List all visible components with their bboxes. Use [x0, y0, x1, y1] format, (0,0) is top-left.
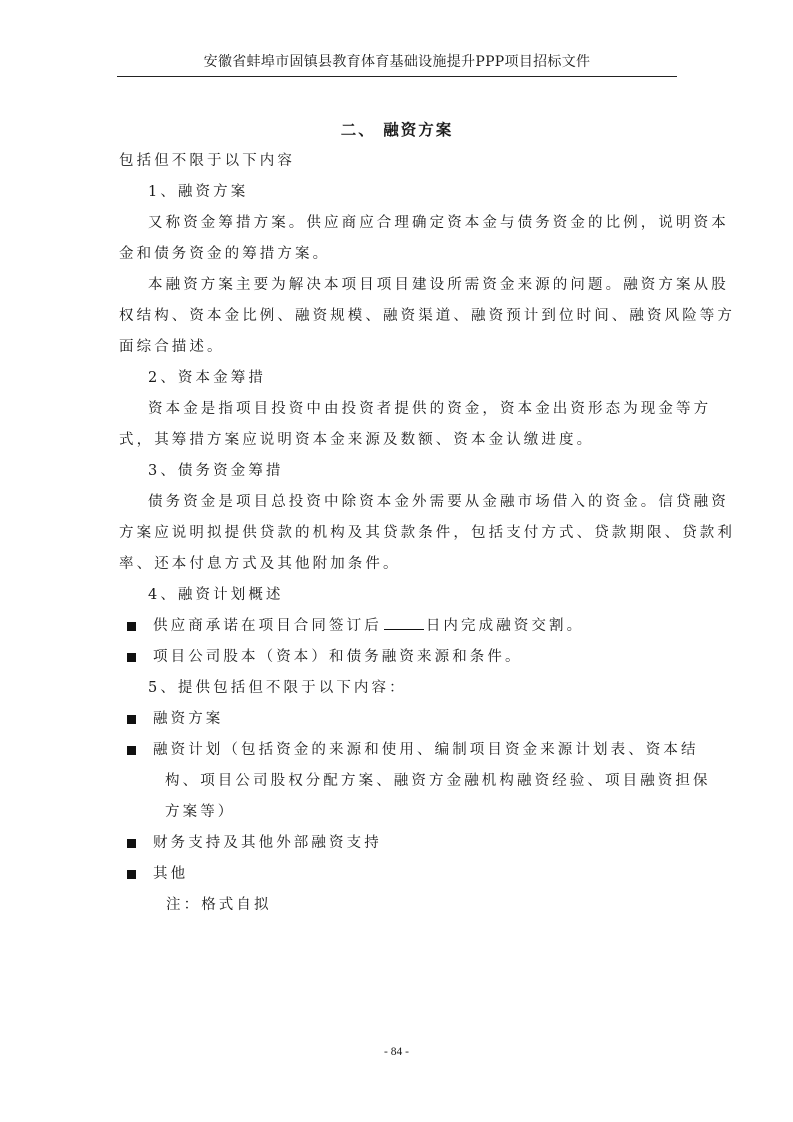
- list-item-text: 融资计划（包括资金的来源和使用、编制项目资金来源计划表、资本结: [153, 735, 699, 766]
- paragraph-text: 金和债务资金的筹措方案。: [119, 239, 675, 270]
- list-item: 供应商承诺在项目合同签订后日内完成融资交割。: [119, 611, 675, 642]
- list-item: 财务支持及其他外部融资支持: [119, 828, 675, 859]
- list-item-text: 供应商承诺在项目合同签订后日内完成融资交割。: [153, 611, 584, 642]
- section-title: 二、 融资方案: [117, 118, 677, 140]
- list-item-continuation: 构、项目公司股权分配方案、融资方金融机构融资经验、项目融资担保: [119, 766, 675, 797]
- note-text: 注：格式自拟: [119, 890, 675, 921]
- heading-required-contents: 5、提供包括但不限于以下内容：: [119, 673, 675, 704]
- list-item: 融资方案: [119, 704, 675, 735]
- list-item-text: 融资方案: [153, 704, 223, 735]
- list-item: 其他: [119, 859, 675, 890]
- square-bullet-icon: [127, 653, 136, 662]
- heading-capital-funding: 2、资本金筹措: [119, 363, 675, 394]
- paragraph-text: 资本金是指项目投资中由投资者提供的资金，资本金出资形态为现金等方: [119, 394, 675, 425]
- square-bullet-icon: [127, 746, 136, 755]
- paragraph-text: 式，其筹措方案应说明资本金来源及数额、资本金认缴进度。: [119, 425, 675, 456]
- square-bullet-icon: [127, 715, 136, 724]
- intro-text: 包括但不限于以下内容: [119, 146, 675, 177]
- document-header: 安徽省蚌埠市固镇县教育体育基础设施提升PPP项目招标文件: [117, 52, 677, 77]
- paragraph-text: 又称资金筹措方案。供应商应合理确定资本金与债务资金的比例，说明资本: [119, 208, 675, 239]
- list-item: 项目公司股本（资本）和债务融资来源和条件。: [119, 642, 675, 673]
- paragraph-text: 权结构、资本金比例、融资规模、融资渠道、融资预计到位时间、融资风险等方: [119, 301, 675, 332]
- square-bullet-icon: [127, 870, 136, 879]
- square-bullet-icon: [127, 622, 136, 631]
- paragraph-text: 债务资金是项目总投资中除资本金外需要从金融市场借入的资金。信贷融资: [119, 487, 675, 518]
- paragraph-text: 面综合描述。: [119, 332, 675, 363]
- list-item-text: 其他: [153, 859, 188, 890]
- heading-financing-plan: 1、融资方案: [119, 177, 675, 208]
- paragraph-text: 本融资方案主要为解决本项目项目建设所需资金来源的问题。融资方案从股: [119, 270, 675, 301]
- list-item-text: 项目公司股本（资本）和债务融资来源和条件。: [153, 642, 523, 673]
- list-item-continuation: 方案等）: [119, 797, 675, 828]
- list-item-text: 财务支持及其他外部融资支持: [153, 828, 382, 859]
- paragraph-text: 方案应说明拟提供贷款的机构及其贷款条件，包括支付方式、贷款期限、贷款利: [119, 518, 675, 549]
- page-number: - 84 -: [0, 1046, 793, 1058]
- fill-in-blank[interactable]: [384, 615, 424, 630]
- heading-financing-overview: 4、融资计划概述: [119, 580, 675, 611]
- heading-debt-funding: 3、债务资金筹措: [119, 456, 675, 487]
- document-body: 包括但不限于以下内容 1、融资方案 又称资金筹措方案。供应商应合理确定资本金与债…: [119, 146, 675, 921]
- paragraph-text: 率、还本付息方式及其他附加条件。: [119, 549, 675, 580]
- square-bullet-icon: [127, 839, 136, 848]
- list-item: 融资计划（包括资金的来源和使用、编制项目资金来源计划表、资本结: [119, 735, 675, 766]
